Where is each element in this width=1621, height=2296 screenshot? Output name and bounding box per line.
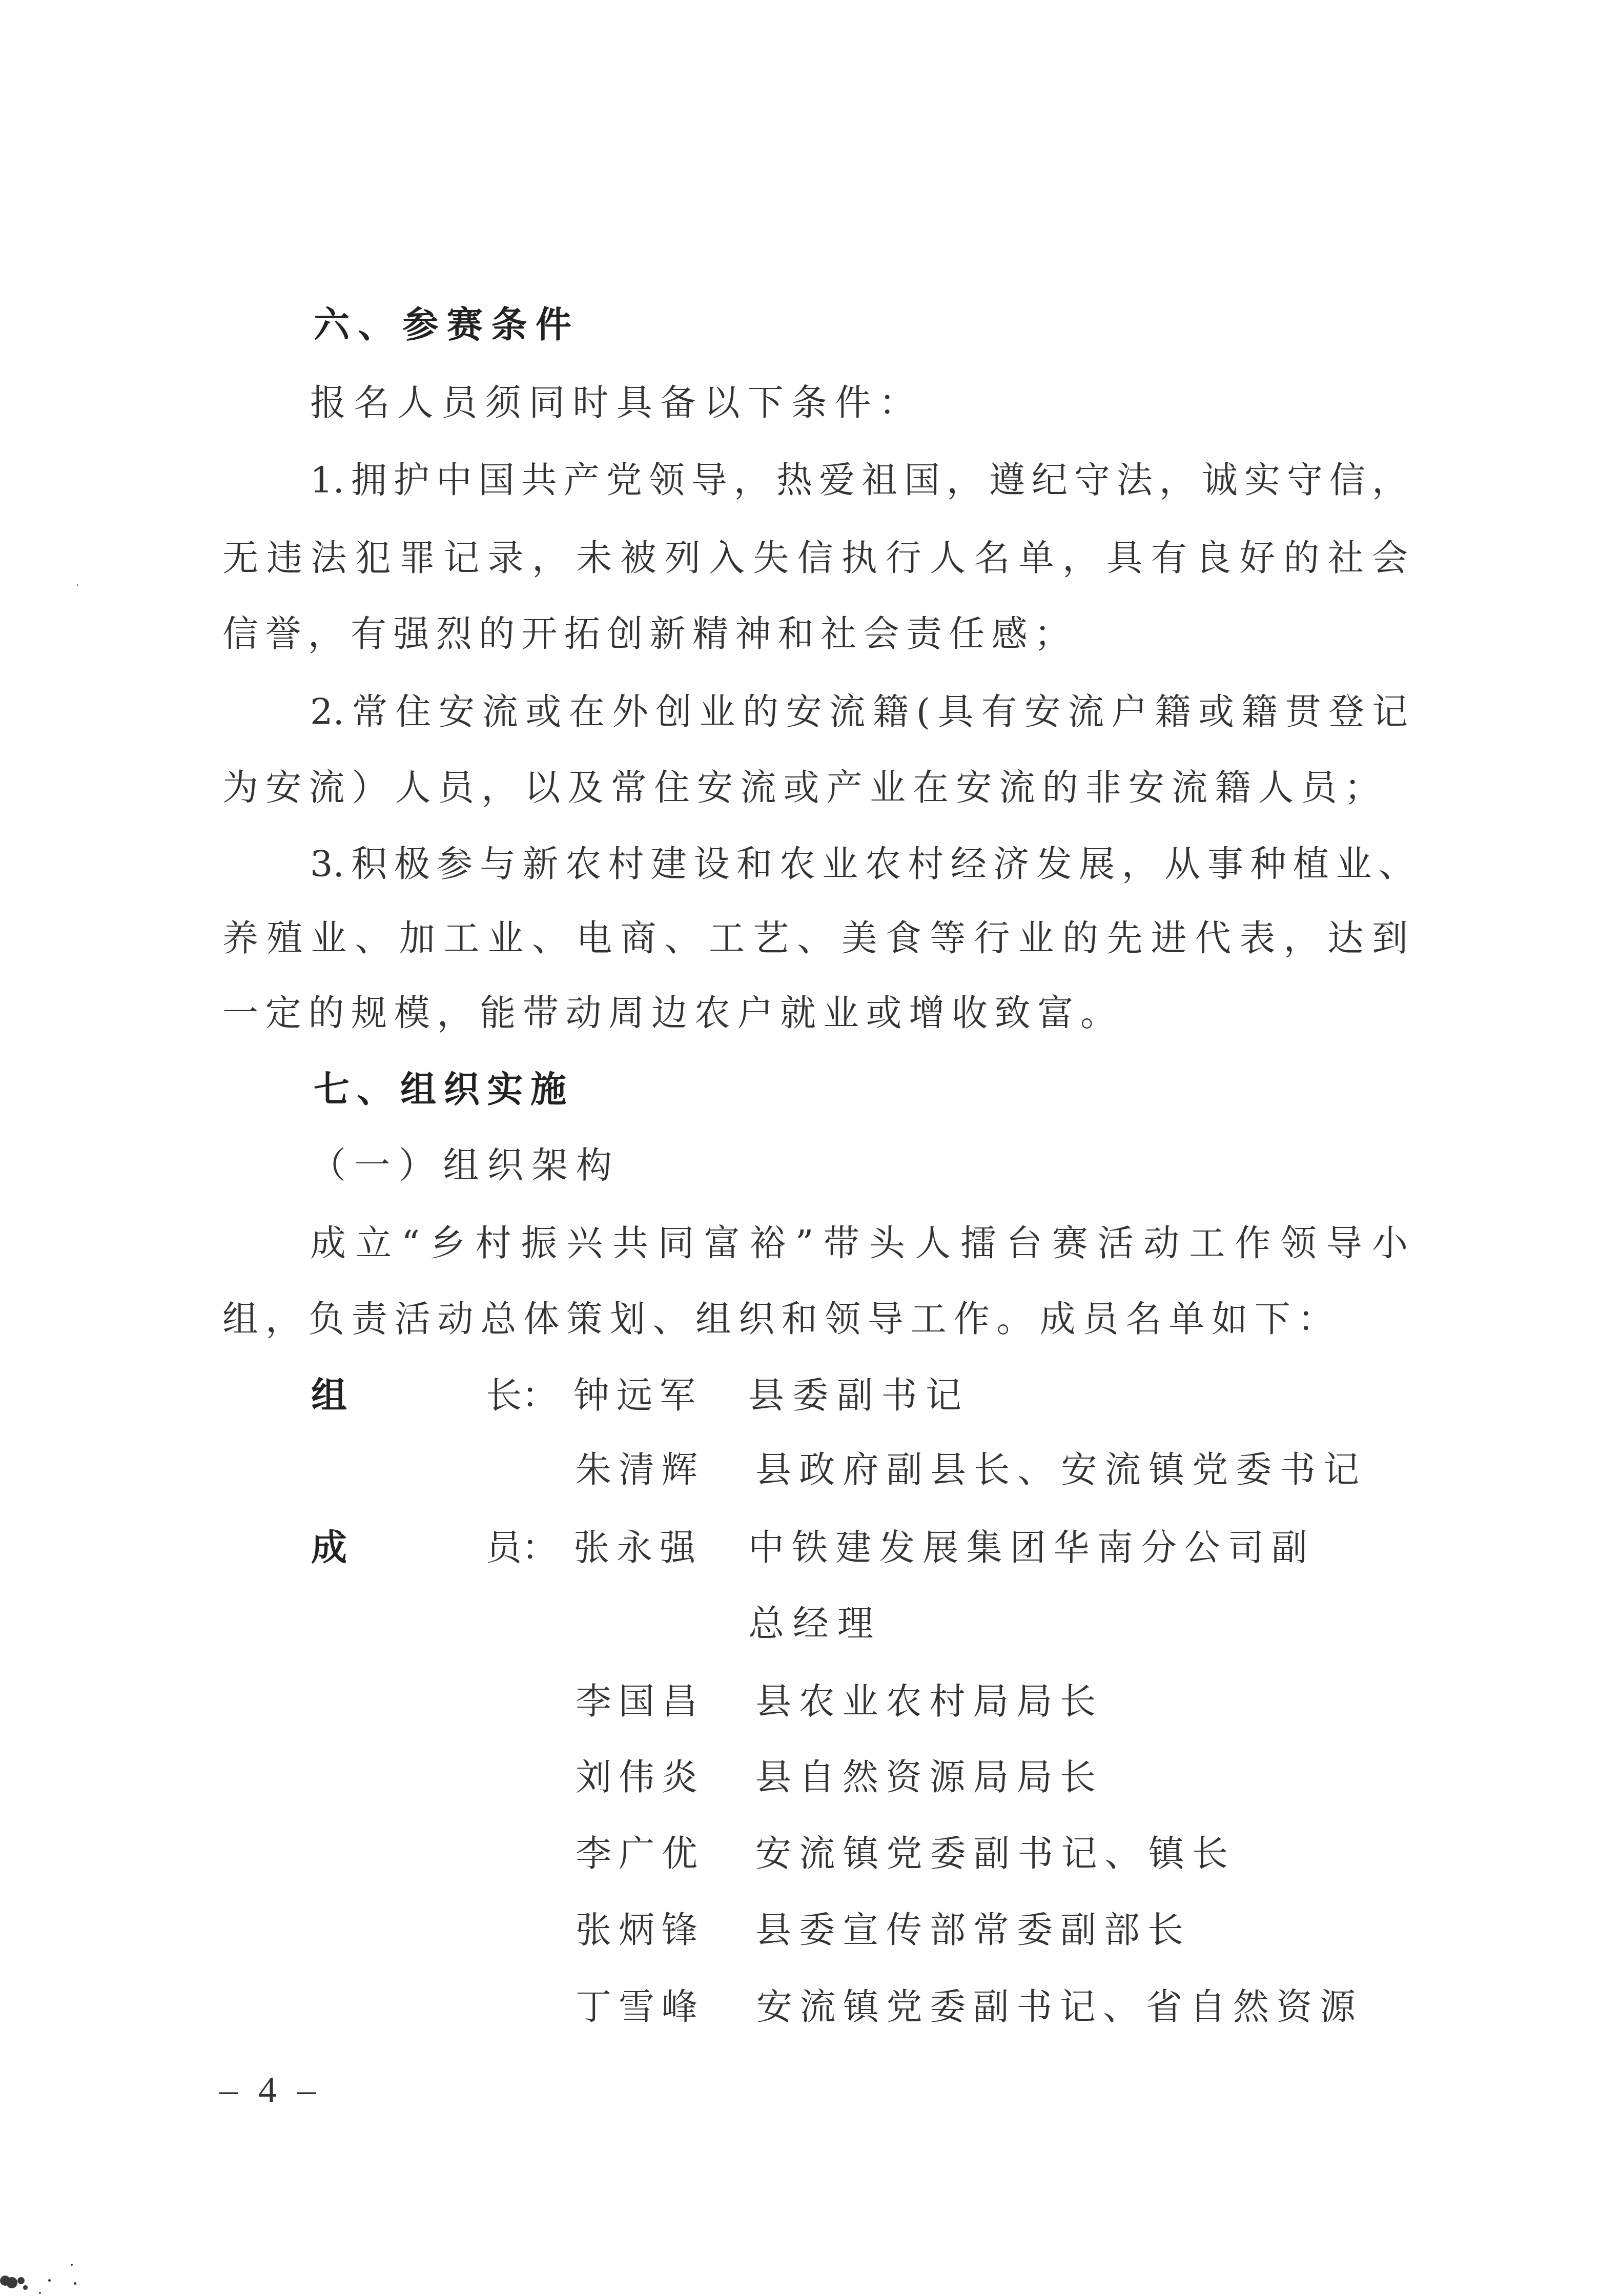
member-name: 张永强 — [573, 1525, 695, 1571]
leader-title: 县政府副县长、安流镇党委书记 — [755, 1447, 1359, 1493]
condition-3-line-3: 一定的规模，能带动周边农户就业或增收致富。 — [222, 990, 1116, 1036]
member-title: 中铁建发展集团华南分公司副 — [748, 1525, 1307, 1571]
condition-1-line-2: 无违法犯罪记录，未被列入失信执行人名单，具有良好的社会 — [222, 535, 1408, 581]
member-title: 县委宣传部常委副部长 — [755, 1907, 1183, 1953]
member-name: 张炳锋 — [576, 1907, 697, 1953]
roster-label-leader-1: 组 — [311, 1372, 357, 1419]
section-six-intro: 报名人员须同时具备以下条件： — [310, 380, 915, 426]
section-heading-seven: 七、组织实施 — [314, 1067, 566, 1113]
section-seven-intro-line-2: 组，负责活动总体策划、组织和领导工作。成员名单如下： — [222, 1296, 1333, 1342]
member-title: 县农业农村局局长 — [755, 1678, 1096, 1725]
member-name: 李国昌 — [576, 1678, 697, 1725]
member-title: 安流镇党委副书记、省自然资源 — [756, 1984, 1356, 2030]
member-title: 安流镇党委副书记、镇长 — [755, 1831, 1228, 1877]
condition-3-line-2: 养殖业、加工业、电商、工艺、美食等行业的先进代表，达到 — [222, 915, 1408, 961]
subheading-organization: （一）组织架构 — [310, 1142, 612, 1188]
document-page: 六、参赛条件 报名人员须同时具备以下条件： 1.拥护中国共产党领导，热爱祖国，遵… — [0, 0, 1621, 2296]
leader-title: 县委副书记 — [748, 1372, 961, 1419]
section-seven-intro-line-1: 成立“乡村振兴共同富裕”带头人擂台赛活动工作领导小 — [310, 1220, 1408, 1266]
condition-2-line-1: 2.常住安流或在外创业的安流籍(具有安流户籍或籍贯登记 — [310, 689, 1408, 735]
section-heading-six: 六、参赛条件 — [314, 302, 571, 348]
member-name: 李广优 — [576, 1831, 697, 1877]
roster-label-leader-2: 长： — [486, 1372, 573, 1419]
page-number: – 4 – — [219, 2066, 316, 2113]
member-name: 刘伟炎 — [576, 1754, 697, 1800]
member-title: 县自然资源局局长 — [755, 1754, 1096, 1800]
condition-1-line-3: 信誉，有强烈的开拓创新精神和社会责任感； — [222, 611, 1070, 657]
member-title-continued: 总经理 — [748, 1601, 873, 1647]
condition-3-line-1: 3.积极参与新农村建设和农业农村经济发展，从事种植业、 — [310, 841, 1414, 887]
member-name: 丁雪峰 — [576, 1984, 697, 2030]
roster-label-member-2: 员： — [486, 1525, 573, 1571]
roster-label-member-1: 成 — [311, 1525, 357, 1571]
leader-name: 钟远军 — [573, 1372, 695, 1419]
leader-name: 朱清辉 — [576, 1447, 697, 1493]
condition-1-line-1: 1.拥护中国共产党领导，热爱祖国，遵纪守法，诚实守信， — [310, 457, 1408, 503]
condition-2-line-2: 为安流）人员，以及常住安流或产业在安流的非安流籍人员； — [222, 765, 1380, 811]
